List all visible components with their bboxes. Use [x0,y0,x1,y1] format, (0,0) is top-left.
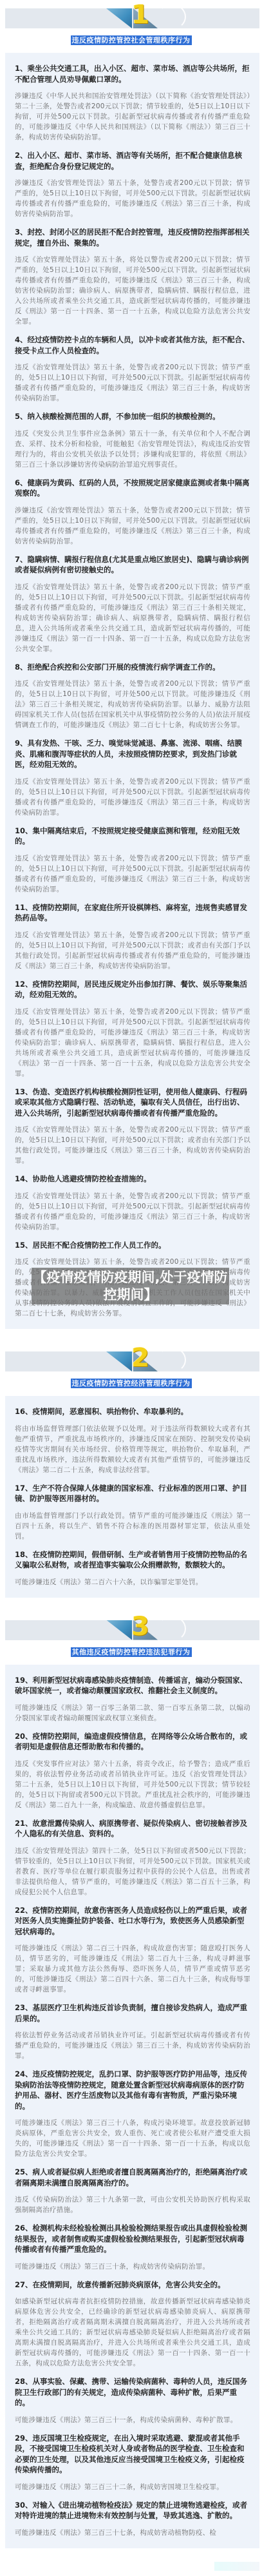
section-number: 3 [131,1613,150,1640]
item-heading: 25、病人或者疑似病人拒绝或者擅自脱离隔离治疗的，拒绝隔离治疗或者隔离期未满擅自… [15,2167,250,2188]
section-title: 违反疫情防控管控经济管理秩序行为 [0,1376,262,1388]
item-heading: 24、违反疫情防控规定，乱扔口罩、防护服等医疗防护用品等，违反传染病防治法等疫情… [15,2069,250,2111]
list-item: 20、疫情防控期间，编造虚假疫情信息，在网络等公众场合散布的，或者明知是虚假信息… [15,1731,250,1810]
item-body: 可能涉嫌违反《刑法》第三百三十八条，构成污染环境罪。故意投放新冠肺炎病原体，严重… [15,2118,250,2159]
list-item: 2、出入小区、超市、菜市场、酒店等有关场所，拒不配合健康信息核查，拒绝配合身份登… [15,150,250,219]
list-item: 28、从事实验、保藏、携带、运输传染病菌种、毒种的人员，违反国务院卫生行政部门的… [15,2376,250,2425]
list-item: 19、利用新型冠状病毒感染肺炎疫情制造、传播谣言，煽动分裂国家、破坏国家统一，或… [15,1675,250,1723]
section-banner-2: 2 违反疫情防控管控经济管理秩序行为 [0,1343,262,1396]
item-body: 违反《治安管理处罚法》第五十条，处警告或者200元以下罚款；情节严重的，处5日以… [15,1125,250,1166]
list-item: 24、违反疫情防控规定，乱扔口罩、防护服等医疗防护用品等，违反传染病防治法等疫情… [15,2069,250,2159]
list-item: 29、违反国境卫生检疫规定，在出入境时采取逃避、蒙混或者其他手段，不接受国境卫生… [15,2433,250,2492]
list-item: 13、伪造、变造医疗机构核酸检测阴性证明，使用他人健康码、行程码或采取其他方式隐… [15,1087,250,1167]
list-item: 16、疫情期间，恶意囤积、哄抬物价、牟取暴利的。将由市场监督管理部门依法依规予以… [15,1406,250,1475]
watermark-logo [214,2562,259,2571]
item-body: 违反《治安管理处罚法》第五十条，将处以警告或者200元以下罚款；情节严重的，处5… [15,255,250,327]
item-heading: 5、纳入核酸检测范围的人群，不参加统一组织的核酸检测的。 [15,411,250,422]
item-body: 涉嫌违反《治安管理处罚法》第五十条，处警告或者200元以下罚款；情节严重的，处5… [15,505,250,547]
item-body: 可能涉嫌违反《刑法》第三百三十一条，构成传染病菌种、毒种扩散罪。 [15,2415,250,2425]
item-heading: 6、健康码为黄码、红码的人员，不按照规定居家健康监测或者集中隔离观察的。 [15,478,250,499]
item-body: 违反《突发公共卫生事件应急条例》第五十一条，有关单位和个人不配合调查、采样、技术… [15,429,250,470]
list-item: 10、集中隔离结束后，不按照规定接受健康监测和管理，经劝阻无效的。违反《治安管理… [15,826,250,895]
item-heading: 30、对输入《进出境动植物检疫法》规定的禁止进境物逃避检疫，或者对特许进境的禁止… [15,2500,250,2521]
item-heading: 8、拒绝配合疾控和公安部门开展的疫情流行病学调查工作的。 [15,662,250,673]
list-item: 5、纳入核酸检测范围的人群，不参加统一组织的核酸检测的。违反《突发公共卫生事件应… [15,411,250,470]
list-item: 27、在疫情期间，故意传播新冠肺炎病原体，危害公共安全的。如感染新型冠状病毒者抗… [15,2280,250,2369]
item-body: 违反《治安管理处罚法》第五十条，处警告或者200元以下罚款；情节严重的，处5日以… [15,1191,250,1232]
item-body: 违反《治安管理处罚法》第四十二条，处5日以下拘留或者500元以下罚款；情节较重的… [15,1846,250,1897]
item-body: 违反《治安管理处罚法》第五十条，处警告或者200元以下罚款；情节严重的，处5日以… [15,679,250,730]
item-heading: 14、协助他人逃避疫情防控检查措施的。 [15,1174,250,1185]
item-body: 可能涉嫌违反《刑法》第三百三十条，构成妨害传染病防治罪。 [15,2261,250,2272]
item-heading: 22、疫情防控期间，故意伤害医务人员造成轻伤以上的严重后果，或者对医务人员实施撕… [15,1905,250,1937]
list-item: 25、病人或者疑似病人拒绝或者擅自脱离隔离治疗的，拒绝隔离治疗或者隔离期未满擅自… [15,2167,250,2215]
item-body: 违反《治安管理处罚法》第五十条，处警告或者200元以下罚款；情节严重的，处5日以… [15,362,250,403]
item-heading: 12、疫情防控期间，居民违反规定外出参加打牌、餐饮、娱乐等聚集活动，经劝阻无效的… [15,979,250,1000]
item-heading: 9、具有发热、干咳、乏力、嗅觉味觉减退、鼻塞、流涕、咽痛、结膜炎、肌痛和腹泻等症… [15,738,250,770]
list-item: 21、故意泄露传染病人、病原携带者、疑似传染病人、密切接触者涉及个人隐私的有关信… [15,1818,250,1897]
section-title: 违反疫情防控管控社会管理秩序行为 [0,33,262,45]
item-body: 涉嫌违反《治安管理处罚法》第五十条，处警告或者200元以下罚款；情节严重的，处5… [15,178,250,219]
list-item: 30、对输入《进出境动植物检疫法》规定的禁止进境物逃避检疫，或者对特许进境的禁止… [15,2500,250,2538]
list-item: 1、乘坐公共交通工具，出入小区、超市、菜市场、酒店等公共场所，拒不配合管理人员劝… [15,63,250,142]
item-heading: 11、疫情防控期间，在家庭住所开设棋牌档、麻将室，违规售卖感冒发热药品等。 [15,902,250,924]
section-gap [0,1598,262,1612]
section-banner-1: 1 违反疫情防控管控社会管理秩序行为 [0,0,262,53]
list-item: 26、检测机构未经检验检测出具检验检测结果报告或出具虚假检验检测结果报告，或者制… [15,2223,250,2272]
item-body: 违反《治安管理处罚法》第五十条，处警告或者200元以下罚款；情节严重的，处5日以… [15,1007,250,1079]
item-body: 可能涉嫌违反《刑法》第二百三十四条，构成故意伤害罪；随意殴打医务人员，情节恶劣的… [15,1943,250,1995]
item-heading: 29、违反国境卫生检疫规定，在出入境时采取逃避、蒙混或者其他手段，不接受国境卫生… [15,2433,250,2475]
item-heading: 2、出入小区、超市、菜市场、酒店等有关场所，拒不配合健康信息核查，拒绝配合身份登… [15,150,250,171]
list-item: 23、基层医疗卫生机构违反首诊负责制，擅自接诊发热病人，造成严重后果的。将依法暂… [15,2002,250,2061]
item-heading: 28、从事实验、保藏、携带、运输传染病菌种、毒种的人员，违反国务院卫生行政部门的… [15,2376,250,2408]
list-item: 6、健康码为黄码、红码的人员，不按照规定居家健康监测或者集中隔离观察的。涉嫌违反… [15,478,250,547]
banner-swirl-icon [158,1347,186,1373]
item-heading: 26、检测机构未经检验检测出具检验检测结果报告或出具虚假检验检测结果报告，或者制… [15,2223,250,2255]
section-banner-3: 3 其他违反疫情防控管控违法犯罪行为 [0,1612,262,1665]
item-body: 可能涉嫌违反《刑法》第三百三十七条，构成妨害动植物防疫、检 [15,2528,250,2538]
list-item: 3、封控、封闭小区的居民拒不配合封控管理，违反疫情防控指挥部相关规定，擅自外出、… [15,227,250,327]
item-heading: 15、居民拒不配合疫情防控工作人员工作的。 [15,1240,250,1251]
item-heading: 21、故意泄露传染病人、病原携带者、疑似传染病人、密切接触者涉及个人隐私的有关信… [15,1818,250,1839]
list-item: 14、协助他人逃避疫情防控检查措施的。违反《治安管理处罚法》第五十条，处警告或者… [15,1174,250,1232]
item-heading: 1、乘坐公共交通工具，出入小区、超市、菜市场、酒店等公共场所，拒不配合管理人员劝… [15,63,250,84]
item-heading: 10、集中隔离结束后，不按照规定接受健康监测和管理，经劝阻无效的。 [15,826,250,847]
list-item: 8、拒绝配合疾控和公安部门开展的疫情流行病学调查工作的。违反《治安管理处罚法》第… [15,662,250,731]
section-number: 1 [131,1,150,28]
section-gap [0,1329,262,1343]
item-heading: 27、在疫情期间，故意传播新冠肺炎病原体，危害公共安全的。 [15,2280,250,2290]
list-item: 18、在疫情防控期间，假借研制、生产或者销售用于疫情防控物品的名义骗取公私财物，… [15,1549,250,1587]
item-body: 可能涉嫌违反《刑法》第二百六十六条，以诈骗罪定罪处罚。 [15,1577,250,1587]
item-heading: 18、在疫情防控期间，假借研制、生产或者销售用于疫情防控物品的名义骗取公私财物，… [15,1549,250,1571]
item-heading: 13、伪造、变造医疗机构核酸检测阴性证明，使用他人健康码、行程码或采取其他方式隐… [15,1087,250,1119]
banner-swirl-icon [158,1616,186,1641]
item-heading: 16、疫情期间，恶意囤积、哄抬物价、牟取暴利的。 [15,1406,250,1417]
list-item: 22、疫情防控期间，故意伤害医务人员造成轻伤以上的严重后果，或者对医务人员实施撕… [15,1905,250,1995]
item-body: 违反《突发事件应对法》第六十五条，将责令改正，给予警告；造成严重后果的，将依法暂… [15,1759,250,1810]
item-heading: 19、利用新型冠状病毒感染肺炎疫情制造、传播谣言，煽动分裂国家、破坏国家统一，或… [15,1675,250,1696]
list-item: 11、疫情防控期间，在家庭住所开设棋牌档、麻将室，违规售卖感冒发热药品等。违反《… [15,902,250,971]
item-heading: 3、封控、封闭小区的居民拒不配合封控管理，违反疫情防控指挥部相关规定，擅自外出、… [15,227,250,248]
section-card-1: 1、乘坐公共交通工具，出入小区、超市、菜市场、酒店等公共场所，拒不配合管理人员劝… [5,53,259,1329]
item-body: 违反《治安管理处罚法》第五十条，处警告或者200元以下罚款；情节严重的，处5日以… [15,930,250,971]
item-body: 违反《治安管理处罚法》第五十条，处警告或者200元以下罚款；情节严重的，处5日以… [15,777,250,818]
section-title: 其他违反疫情防控管控违法犯罪行为 [0,1645,262,1657]
section-card-3: 19、利用新型冠状病毒感染肺炎疫情制造、传播谣言，煽动分裂国家、破坏国家统一，或… [5,1665,259,2548]
item-body: 涉嫌违反《中华人民共和国治安管理处罚法》（以下简称《治安管理处罚法》）第二十三条… [15,91,250,142]
list-item: 17、生产不符合保障人体健康的国家标准、行业标准的医用口罩、护目镜、防护服等医用… [15,1483,250,1542]
item-heading: 17、生产不符合保障人体健康的国家标准、行业标准的医用口罩、护目镜、防护服等医用… [15,1483,250,1504]
item-heading: 23、基层医疗卫生机构违反首诊负责制，擅自接诊发热病人，造成严重后果的。 [15,2002,250,2024]
item-body: 违反《传染病防治法》第三十九条第一款，可由公安机关协助医疗机构采取强制隔离治疗措… [15,2194,250,2215]
item-body: 违反《治安管理处罚法》第五十条，处警告或者200元以下罚款；情节严重的，处5日以… [15,582,250,654]
banner-swirl-icon [158,4,186,30]
item-body: 由市场监督管理部门予以行政处罚。情节严重的可能涉嫌违反《刑法》第一百四十五条，将… [15,1511,250,1542]
item-body: 如感染新型冠状病毒者抗拒疫情防控措施，故意传播新型冠状病毒感染肺炎病原体危害公共… [15,2296,250,2368]
list-item: 7、隐瞒病情、瞒报行程信息(尤其是重点地区旅居史)、隐瞒与确诊病例或者疑似病例有… [15,554,250,654]
list-item: 4、经过疫情防控卡点的车辆和人员，以冲卡或者其他方法，拒不配合、接受卡点工作人员… [15,334,250,403]
item-body: 违反《治安管理处罚法》第五十条，处警告或者200元以下罚款；情节严重的，处5日以… [15,853,250,895]
item-body: 可能涉嫌违反《刑法》第一百零三条第二款、第一百零五条第二款，以煽动分裂国家罪或者… [15,1703,250,1723]
item-body: 可能涉嫌违反《刑法》第三百三十二条，构成妨害国境卫生检疫罪。 [15,2482,250,2492]
section-card-2: 16、疫情期间，恶意囤积、哄抬物价、牟取暴利的。将由市场监督管理部门依法依规予以… [5,1396,259,1598]
item-body: 将依法暂停业务活动或者吊销执业许可证。引起新型冠状病毒传播或者有传播严重危险的，… [15,2030,250,2061]
list-item: 9、具有发热、干咳、乏力、嗅觉味觉减退、鼻塞、流涕、咽痛、结膜炎、肌痛和腹泻等症… [15,738,250,818]
list-item: 12、疫情防控期间，居民违反规定外出参加打牌、餐饮、娱乐等聚集活动，经劝阻无效的… [15,979,250,1079]
item-body: 将由市场监督管理部门依法依规予以处理。对于违法所得数额较大或者有其他严重情节，严… [15,1424,250,1475]
item-heading: 4、经过疫情防控卡点的车辆和人员，以冲卡或者其他方法，拒不配合、接受卡点工作人员… [15,334,250,356]
item-heading: 7、隐瞒病情、瞒报行程信息(尤其是重点地区旅居史)、隐瞒与确诊病例或者疑似病例有… [15,554,250,576]
overlay-caption: 【疫情疫情防疫期间,处于疫情防控期间】 [32,1268,229,1304]
section-number: 2 [131,1344,150,1371]
item-heading: 20、疫情防控期间，编造虚假疫情信息，在网络等公众场合散布的，或者明知是虚假信息… [15,1731,250,1752]
